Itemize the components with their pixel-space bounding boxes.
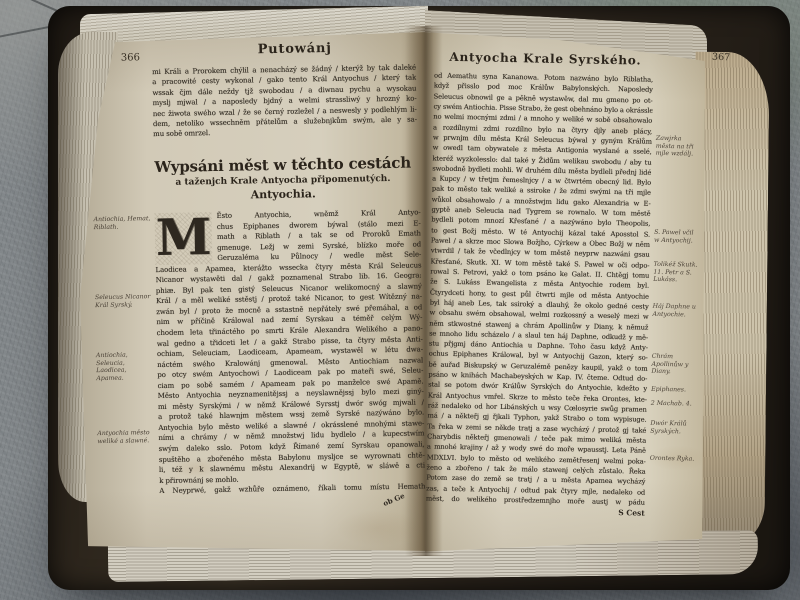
right-page-text: Antyocha Krale Syrského. od Aemathu syna… <box>418 26 708 555</box>
page-number-right: 367 <box>712 52 731 64</box>
margin-note: Tolikéž Skutk. 11. Petr a S. Lukáss. <box>653 261 699 285</box>
margin-note: Antiochia, Seleucia, Laodicea, Apamea. <box>96 351 155 382</box>
margin-note: Zawjrka města na tři mjle wzdálj. <box>656 135 702 159</box>
section-heading: Wypsáni měst w těchto cestách a taženjch… <box>143 152 424 205</box>
margin-note: Epiphanes. <box>651 386 697 394</box>
left-body-paragraph: Ěsto Antyochia, wněmž Král Antyo-chus Ep… <box>155 207 426 496</box>
margin-note: Dwór Králů Syrských. <box>650 420 696 436</box>
running-header-left: Putowánj <box>185 40 405 59</box>
margin-note: Háj Daphne u Antyochie. <box>652 303 698 319</box>
margin-note: Chrám Apollinůw y Diany. <box>651 353 697 377</box>
page-number-left: 366 <box>121 52 140 63</box>
margin-note: 2 Machab. 4. <box>651 400 697 408</box>
catchword-left: ob Ge <box>382 491 406 508</box>
left-page-text: 366 Putowánj mi Králi a Prorokem chýlil … <box>74 26 430 556</box>
margin-note: Antiochia, Hemat, Riblath. <box>94 215 152 231</box>
margin-note: Orontes Ryka. <box>650 455 696 463</box>
margin-note: Antyochia město weliké a slawné. <box>97 429 155 445</box>
margin-note: Seleucus Nicanor Král Syrský. <box>95 293 153 309</box>
left-intro-paragraph: mi Králi a Prorokem chýlil a nenacházý s… <box>152 62 417 139</box>
margin-note: S. Pawel včil w Antyochij. <box>654 229 700 245</box>
right-body-paragraph: od Aemathu syna Kananowa. Potom nazwáno … <box>426 71 653 508</box>
book-photo: 366 Putowánj mi Králi a Prorokem chýlil … <box>0 0 800 600</box>
running-header-right: Antyocha Krale Syrského. <box>437 50 653 68</box>
